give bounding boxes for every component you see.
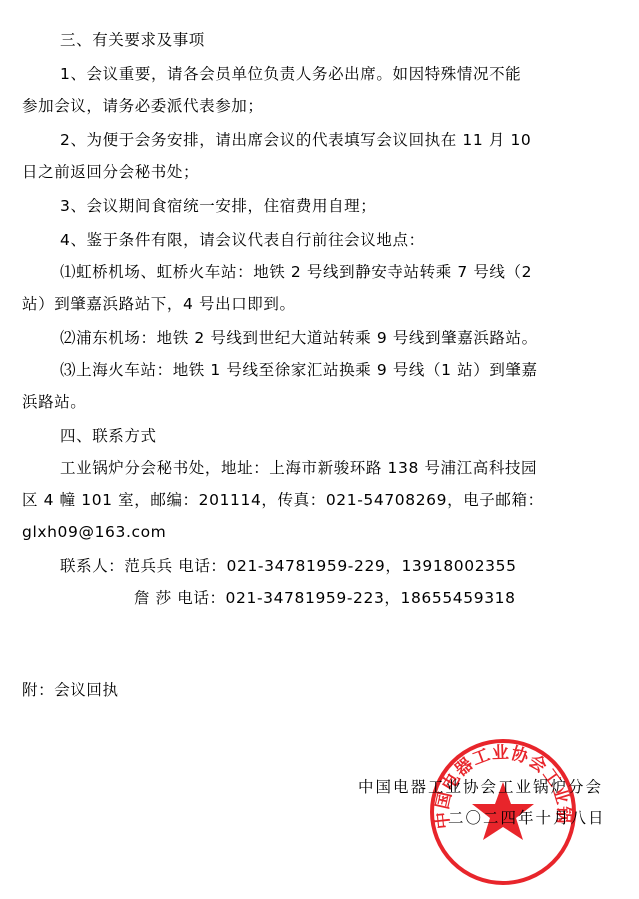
item2-line2: 日之前返回分会秘书处； bbox=[22, 162, 199, 182]
signature-date: 二〇二四年十月八日 bbox=[448, 806, 606, 828]
section4-heading: 四、联系方式 bbox=[60, 426, 157, 446]
section3-heading: 三、有关要求及事项 bbox=[60, 30, 205, 50]
item3: 3、会议期间食宿统一安排，住宿费用自理； bbox=[60, 196, 376, 216]
route1-line1: ⑴虹桥机场、虹桥火车站：地铁 2 号线到静安寺站转乘 7 号线（2 bbox=[60, 262, 532, 282]
item1-line1: 1、会议重要，请各会员单位负责人务必出席。如因特殊情况不能 bbox=[60, 64, 521, 84]
item2-line1: 2、为便于会务安排，请出席会议的代表填写会议回执在 11 月 10 bbox=[60, 130, 531, 150]
route3-line2: 浜路站。 bbox=[22, 392, 86, 412]
signature-organization: 中国电器工业协会工业锅炉分会 bbox=[358, 775, 603, 797]
email-address: glxh09@163.com bbox=[22, 522, 166, 542]
address-line1: 工业锅炉分会秘书处，地址：上海市新骏环路 138 号浦江高科技园 bbox=[60, 458, 537, 478]
route1-line2: 站）到肇嘉浜路站下，4 号出口即到。 bbox=[22, 294, 296, 314]
address-line2: 区 4 幢 101 室，邮编：201114，传真：021-54708269，电子… bbox=[22, 490, 544, 510]
route2: ⑵浦东机场：地铁 2 号线到世纪大道站转乘 9 号线到肇嘉浜路站。 bbox=[60, 328, 538, 348]
route3-line1: ⑶上海火车站：地铁 1 号线至徐家汇站换乘 9 号线（1 站）到肇嘉 bbox=[60, 360, 538, 380]
contact-person-2: 詹 莎 电话：021-34781959-223，18655459318 bbox=[134, 588, 516, 608]
item1-line2: 参加会议，请务必委派代表参加； bbox=[22, 96, 264, 116]
attachment-note: 附：会议回执 bbox=[22, 680, 119, 700]
contact-person-1: 联系人：范兵兵 电话：021-34781959-229，13918002355 bbox=[60, 556, 517, 576]
item4: 4、鉴于条件有限，请会议代表自行前往会议地点： bbox=[60, 230, 425, 250]
